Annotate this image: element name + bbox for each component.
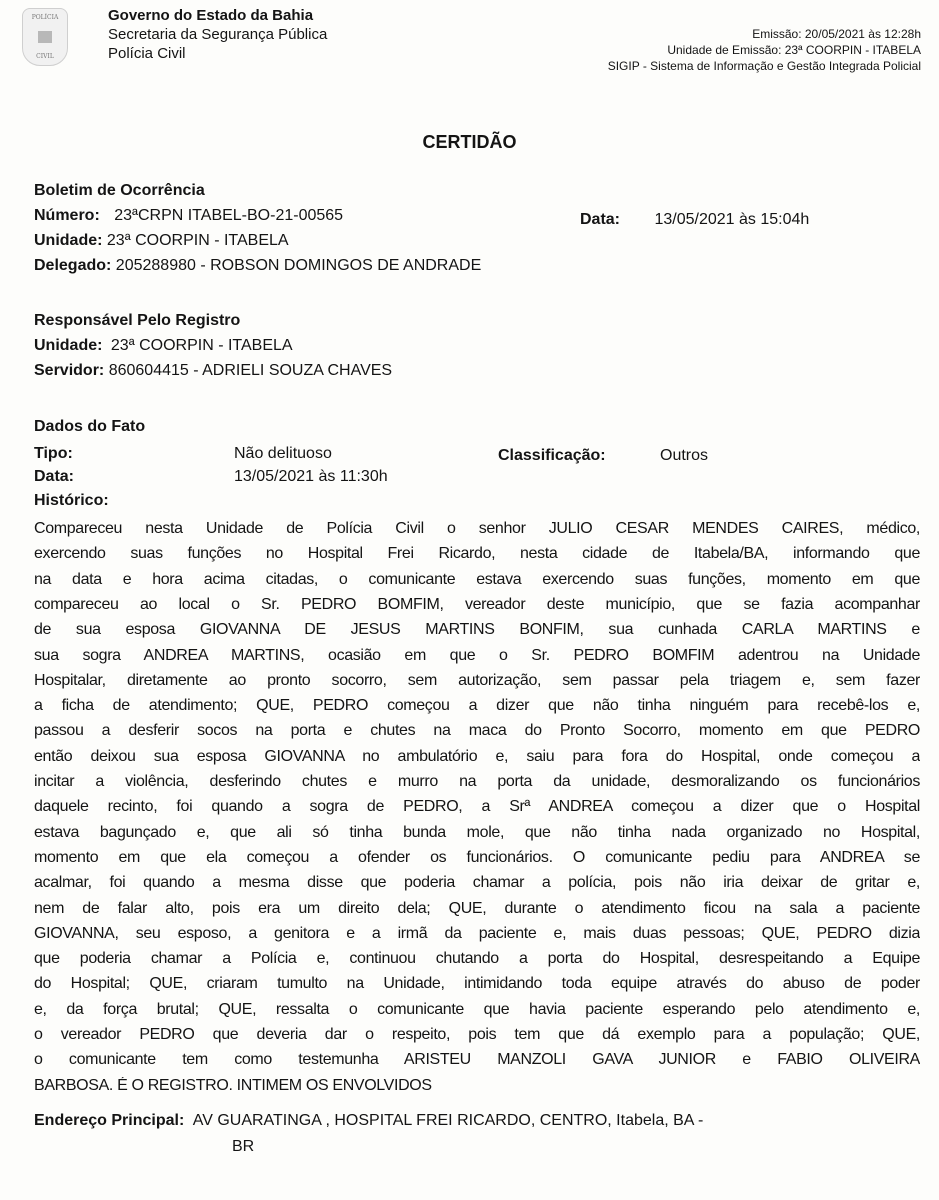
fato-data-label: Data: (34, 468, 74, 486)
fato-heading: Dados do Fato (34, 418, 145, 436)
boletim-date: Data: 13/05/2021 às 15:04h (580, 211, 809, 229)
badge-top-text: POLÍCIA (32, 14, 59, 21)
historico-line: exercendo suas funções no Hospital Frei … (34, 545, 920, 567)
responsavel-heading: Responsável Pelo Registro (34, 312, 240, 330)
data-label: Data: (580, 211, 620, 228)
policia-civil-badge-icon: POLÍCIA CIVIL (22, 8, 68, 66)
historico-line: então deixou sua esposa GIOVANNA no ambu… (34, 748, 920, 770)
historico-line: incitar a violência, desferindo chutes e… (34, 773, 920, 795)
endereco-continuation: BR (232, 1138, 254, 1156)
historico-line: e, da força brutal; QUE, ressalta o comu… (34, 1001, 920, 1023)
historico-line: estava bagunçado e, que ali só tinha bun… (34, 824, 920, 846)
historico-line: passou a desferir socos na porta e chute… (34, 722, 920, 744)
org-government: Governo do Estado da Bahia (108, 6, 327, 25)
numero-value: 23ªCRPN ITABEL-BO-21-00565 (114, 207, 343, 224)
historico-line: compareceu ao local o Sr. PEDRO BOMFIM, … (34, 596, 920, 618)
classificacao-label: Classificação: (498, 447, 606, 465)
document-title: CERTIDÃO (0, 132, 939, 153)
historico-line: o vereador PEDRO que deveria dar o respe… (34, 1026, 920, 1048)
tipo-value: Não delituoso (234, 445, 332, 463)
emission-date: Emissão: 20/05/2021 às 12:28h (608, 26, 921, 42)
classificacao-value: Outros (660, 447, 708, 465)
unidade-value: 23ª COORPIN - ITABELA (111, 337, 293, 354)
unidade-label: Unidade: (34, 232, 102, 249)
boletim-number: Número: 23ªCRPN ITABEL-BO-21-00565 (34, 207, 343, 225)
historico-line: o comunicante tem como testemunha ARISTE… (34, 1051, 920, 1073)
boletim-delegate: Delegado: 205288980 - ROBSON DOMINGOS DE… (34, 257, 481, 275)
boletim-unit: Unidade: 23ª COORPIN - ITABELA (34, 232, 289, 250)
historico-line: daquele recinto, foi quando a sogra de P… (34, 798, 920, 820)
crest-icon (38, 31, 52, 43)
responsavel-servidor: Servidor: 860604415 - ADRIELI SOUZA CHAV… (34, 362, 392, 380)
unidade-label: Unidade: (34, 337, 102, 354)
historico-label: Histórico: (34, 492, 109, 510)
endereco-label: Endereço Principal: (34, 1112, 184, 1129)
boletim-heading: Boletim de Ocorrência (34, 182, 205, 200)
emission-unit: Unidade de Emissão: 23ª COORPIN - ITABEL… (608, 42, 921, 58)
emission-info: Emissão: 20/05/2021 às 12:28h Unidade de… (608, 26, 921, 74)
historico-line: acalmar, foi quando a mesma disse que po… (34, 874, 920, 896)
delegado-label: Delegado: (34, 257, 111, 274)
historico-line: GIOVANNA, seu esposo, a genitora e a irm… (34, 925, 920, 947)
numero-label: Número: (34, 207, 100, 224)
org-secretariat: Secretaria da Segurança Pública (108, 25, 327, 44)
endereco-value: AV GUARATINGA , HOSPITAL FREI RICARDO, C… (193, 1112, 704, 1129)
endereco-line: Endereço Principal: AV GUARATINGA , HOSP… (34, 1112, 703, 1130)
system-name: SIGIP - Sistema de Informação e Gestão I… (608, 58, 921, 74)
historico-line: sua sogra ANDREA MARTINS, ocasião em que… (34, 647, 920, 669)
org-police: Polícia Civil (108, 44, 327, 63)
historico-line: BARBOSA. É O REGISTRO. INTIMEM OS ENVOLV… (34, 1077, 920, 1099)
historico-line: Hospitalar, diretamente ao pronto socorr… (34, 672, 920, 694)
historico-line: de sua esposa GIOVANNA DE JESUS MARTINS … (34, 621, 920, 643)
organization-header: Governo do Estado da Bahia Secretaria da… (108, 6, 327, 63)
unidade-value: 23ª COORPIN - ITABELA (107, 232, 289, 249)
historico-line: Compareceu nesta Unidade de Polícia Civi… (34, 520, 920, 542)
historico-line: na data e hora acima citadas, o comunica… (34, 571, 920, 593)
historico-line: nem de falar alto, pois era um direito d… (34, 900, 920, 922)
historico-line: do Hospital; QUE, criaram tumulto na Uni… (34, 975, 920, 997)
responsavel-unit: Unidade: 23ª COORPIN - ITABELA (34, 337, 293, 355)
historico-line: a ficha de atendimento; QUE, PEDRO começ… (34, 697, 920, 719)
servidor-label: Servidor: (34, 362, 104, 379)
servidor-value: 860604415 - ADRIELI SOUZA CHAVES (109, 362, 392, 379)
fato-data-value: 13/05/2021 às 11:30h (234, 468, 388, 486)
historico-line: que poderia chamar a Polícia e, continuo… (34, 950, 920, 972)
badge-bottom-text: CIVIL (36, 53, 54, 60)
historico-line: momento em que ela começou a ofender os … (34, 849, 920, 871)
delegado-value: 205288980 - ROBSON DOMINGOS DE ANDRADE (116, 257, 481, 274)
tipo-label: Tipo: (34, 445, 73, 463)
data-value: 13/05/2021 às 15:04h (654, 211, 809, 228)
